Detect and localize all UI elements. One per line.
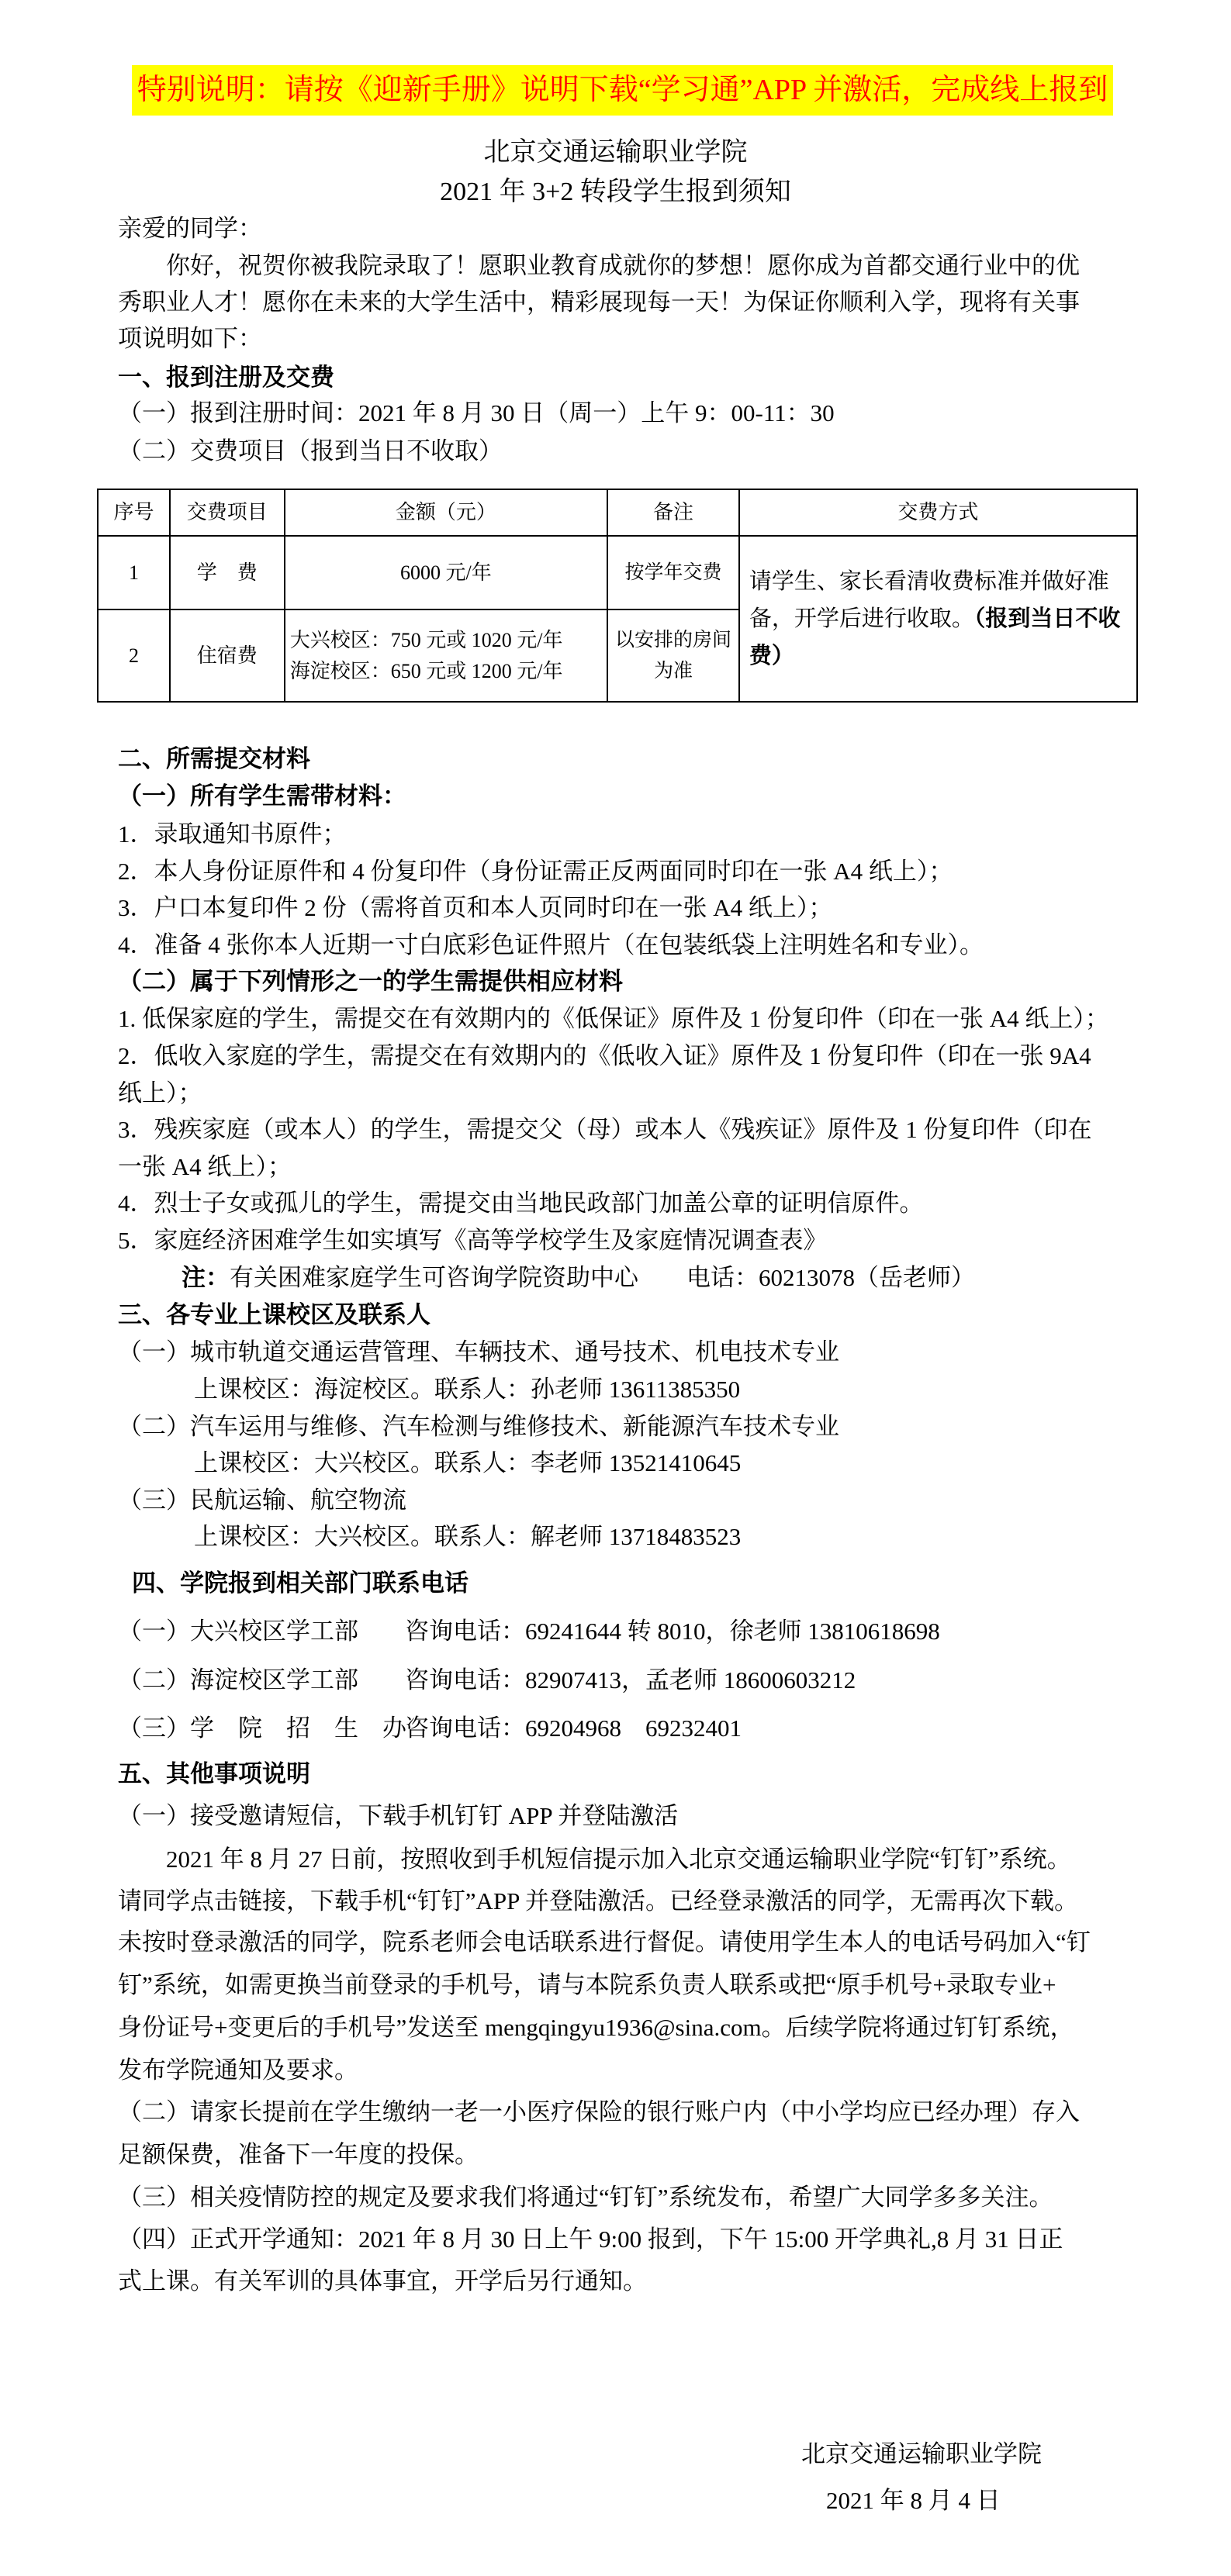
campus-majors: （二）汽车运用与维修、汽车检测与维修技术、新能源汽车技术专业 <box>118 1411 839 1442</box>
other-line: （三）相关疫情防控的规定及要求我们将通过“钉钉”系统发布，希望广大同学多多关注。 <box>118 2182 1053 2213</box>
row-no: 2 <box>98 609 170 702</box>
note-label: 注： <box>182 1264 230 1291</box>
contact-dept: （二）海淀校区学工部 <box>118 1665 358 1696</box>
contact-phone: 咨询电话：69241644 转 8010，徐老师 13810618698 <box>405 1616 940 1647</box>
list-item: 4．准备 4 张你本人近期一寸白底彩色证件照片（在包装纸袋上注明姓名和专业）。 <box>118 930 984 961</box>
contact-phone: 咨询电话：69204968 69232401 <box>405 1713 742 1744</box>
campus-majors: （一）城市轨道交通运营管理、车辆技术、通号技术、机电技术专业 <box>118 1337 839 1368</box>
list-item: 3．残疾家庭（或本人）的学生，需提交父（母）或本人《残疾证》原件及 1 份复印件… <box>118 1114 1092 1145</box>
list-item: 1．录取通知书原件； <box>118 819 347 850</box>
list-item: 3．户口本复印件 2 份（需将首页和本人页同时印在一张 A4 纸上）； <box>118 893 832 924</box>
section-heading-other: 五、其他事项说明 <box>118 1759 310 1790</box>
list-item: 1. 低保家庭的学生，需提交在有效期内的《低保证》原件及 1 份复印件（印在一张… <box>118 1003 1109 1034</box>
other-line-email: 身份证号+变更后的手机号”发送至 mengqingyu1936@sina.com… <box>118 2012 1074 2043</box>
greeting: 亲爱的同学： <box>118 213 262 244</box>
col-header-no: 序号 <box>98 489 170 536</box>
section-heading-registration: 一、报到注册及交费 <box>118 362 334 393</box>
row-item: 住宿费 <box>170 609 285 702</box>
col-header-payment: 交费方式 <box>739 489 1137 536</box>
other-line: 足额保费，准备下一年度的投保。 <box>118 2139 479 2170</box>
row-note: 按学年交费 <box>607 536 739 609</box>
campus-contact: 上课校区：大兴校区。联系人：李老师 13521410645 <box>194 1448 741 1479</box>
intro-line: 秀职业人才！愿你在未来的大学生活中，精彩展现每一天！为保证你顺利入学，现将有关事 <box>118 287 1080 318</box>
financial-aid-note: 注：有关困难家庭学生可咨询学院资助中心 电话：60213078（岳老师） <box>182 1262 975 1293</box>
campus-contact: 上课校区：大兴校区。联系人：解老师 13718483523 <box>194 1521 741 1552</box>
amount-daxing: 大兴校区：750 元或 1020 元/年 <box>290 625 602 656</box>
campus-contact: 上课校区：海淀校区。联系人：孙老师 13611385350 <box>194 1374 740 1405</box>
other-line: （二）请家长提前在学生缴纳一老一小医疗保险的银行账户内（中小学均应已经办理）存入 <box>118 2097 1080 2128</box>
row-item: 学 费 <box>170 536 285 609</box>
list-item: 5．家庭经济困难学生如实填写《高等学校学生及家庭情况调查表》 <box>118 1225 828 1256</box>
contact-dept: （三）学 院 招 生 办 <box>118 1713 406 1744</box>
fee-table: 序号 交费项目 金额（元） 备注 交费方式 1 学 费 6000 元/年 按学年… <box>97 489 1138 703</box>
list-item: 4．烈士子女或孤儿的学生，需提交由当地民政部门加盖公章的证明信原件。 <box>118 1188 924 1219</box>
other-line: 未按时登录激活的同学，院系老师会电话联系进行督促。请使用学生本人的电话号码加入“… <box>118 1927 1091 1958</box>
row-note: 以安排的房间为准 <box>607 609 739 702</box>
other-line: 式上课。有关军训的具体事宜，开学后另行通知。 <box>118 2266 647 2297</box>
table-row: 1 学 费 6000 元/年 按学年交费 请学生、家长看清收费标准并做好准备，开… <box>98 536 1137 609</box>
contact-dept: （一）大兴校区学工部 <box>118 1616 358 1647</box>
registration-time: （一）报到注册时间：2021 年 8 月 30 日（周一）上午 9：00-11：… <box>118 398 835 429</box>
note-text: 有关困难家庭学生可咨询学院资助中心 电话：60213078（岳老师） <box>230 1264 975 1291</box>
list-item: 2．低收入家庭的学生，需提交在有效期内的《低收入证》原件及 1 份复印件（印在一… <box>118 1041 1091 1072</box>
other-line: 钉”系统，如需更换当前登录的手机号，请与本院系负责人联系或把“原手机号+录取专业… <box>118 1970 1056 2001</box>
row-amount: 6000 元/年 <box>285 536 607 609</box>
page-title: 北京交通运输职业学院 <box>0 136 1231 170</box>
intro-line: 你好，祝贺你被我院录取了！愿职业教育成就你的梦想！愿你成为首都交通行业中的优 <box>118 250 1080 281</box>
signature-date: 2021 年 8 月 4 日 <box>826 2485 1001 2516</box>
other-line: （一）接受邀请短信，下载手机钉钉 APP 并登陆激活 <box>118 1801 678 1832</box>
fee-items-label: （二）交费项目（报到当日不收取） <box>118 436 503 467</box>
signature-org: 北京交通运输职业学院 <box>801 2439 1042 2470</box>
subheading-special-cases: （二）属于下列情形之一的学生需提供相应材料 <box>118 966 623 997</box>
special-notice-banner: 特别说明：请按《迎新手册》说明下载“学习通”APP 并激活，完成线上报到 <box>132 65 1113 116</box>
section-heading-materials: 二、所需提交材料 <box>118 744 310 775</box>
page-subtitle: 2021 年 3+2 转段学生报到须知 <box>0 175 1231 209</box>
list-item-cont: 纸上）； <box>118 1078 202 1109</box>
subheading-all-students: （一）所有学生需带材料： <box>118 781 406 812</box>
col-header-item: 交费项目 <box>170 489 285 536</box>
row-amount: 大兴校区：750 元或 1020 元/年 海淀校区：650 元或 1200 元/… <box>285 609 607 702</box>
fee-table-header: 序号 交费项目 金额（元） 备注 交费方式 <box>98 489 1137 536</box>
other-line: 请同学点击链接，下载手机“钉钉”APP 并登陆激活。已经登录激活的同学，无需再次… <box>118 1886 1078 1917</box>
list-item-cont: 一张 A4 纸上）； <box>118 1152 292 1183</box>
other-line: 2021 年 8 月 27 日前，按照收到手机短信提示加入北京交通运输职业学院“… <box>118 1844 1071 1875</box>
section-heading-contacts: 四、学院报到相关部门联系电话 <box>132 1568 469 1599</box>
section-heading-campus: 三、各专业上课校区及联系人 <box>118 1300 431 1331</box>
amount-haidian: 海淀校区：650 元或 1200 元/年 <box>290 656 602 687</box>
col-header-amount: 金额（元） <box>285 489 607 536</box>
other-line: （四）正式开学通知：2021 年 8 月 30 日上午 9:00 报到，下午 1… <box>118 2224 1063 2255</box>
intro-line: 项说明如下： <box>118 323 262 354</box>
list-item: 2．本人身份证原件和 4 份复印件（身份证需正反两面同时印在一张 A4 纸上）； <box>118 856 953 887</box>
contact-phone: 咨询电话：82907413，孟老师 18600603212 <box>405 1665 856 1696</box>
payment-method-cell: 请学生、家长看清收费标准并做好准备，开学后进行收取。（报到当日不收费） <box>739 536 1137 702</box>
other-line: 发布学院通知及要求。 <box>118 2055 358 2086</box>
campus-majors: （三）民航运输、航空物流 <box>118 1485 406 1516</box>
col-header-note: 备注 <box>607 489 739 536</box>
row-no: 1 <box>98 536 170 609</box>
